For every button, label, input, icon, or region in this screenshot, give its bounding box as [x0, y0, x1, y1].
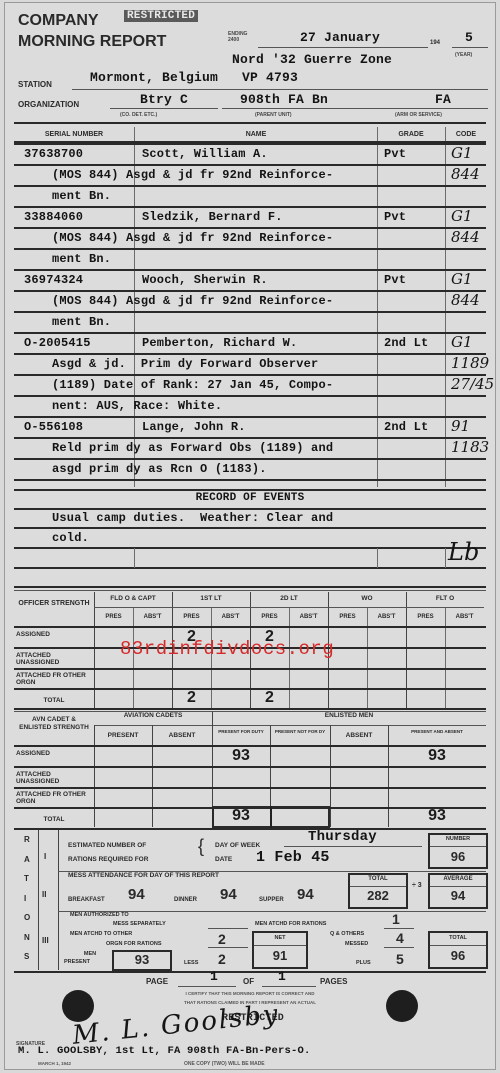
men-present-label-2: PRESENT [64, 959, 90, 965]
certify-line-1: I CERTIFY THAT THIS MORNING REPORT IS CO… [130, 991, 370, 996]
officer-subcol-header: ABS'T [367, 614, 406, 620]
enlisted-row-label: TOTAL [16, 816, 92, 823]
breakfast-value: 94 [128, 886, 145, 903]
supper-value: 94 [297, 886, 314, 903]
atchd-other-label-2: ORGN FOR RATIONS [106, 941, 162, 947]
officer-cell: 2 [172, 689, 211, 707]
officer-strength-title: OFFICER STRENGTH [16, 600, 92, 608]
mess-average-label: AVERAGE [428, 876, 488, 882]
net-label: NET [252, 935, 308, 941]
dinner-value: 94 [220, 886, 237, 903]
supper-label: SUPPER [259, 897, 284, 903]
enlisted-col-header: ABSENT [330, 733, 388, 739]
officer-group-header: FLD O & CAPT [94, 595, 172, 602]
entry-text: Lange, John R. [142, 420, 246, 434]
section-2-roman: II [42, 890, 46, 899]
entry-text: (MOS 844) Asgd & jd fr 92nd Reinforce- [52, 294, 333, 308]
form-title-line2: MORNING REPORT [18, 33, 166, 51]
binder-hole-left [62, 990, 94, 1022]
code: G1 [451, 333, 473, 351]
code: 844 [451, 165, 480, 183]
entry-text: (MOS 844) Asgd & jd fr 92nd Reinforce- [52, 168, 333, 182]
events-line-1: Usual camp duties. Weather: Clear and [52, 511, 333, 525]
enlisted-col-header: PRESENT NOT FOR DY [270, 729, 330, 735]
record-of-events-heading: RECORD OF EVENTS [14, 492, 486, 504]
officer-group-header: FLT O [406, 595, 484, 602]
enlisted-strength-title: AVN CADET & ENLISTED STRENGTH [16, 716, 92, 731]
dinner-label: DINNER [174, 897, 197, 903]
grade: 2nd Lt [384, 420, 428, 434]
enlisted-cell: 93 [388, 747, 486, 765]
q-others-label-1: Q & OTHERS [330, 931, 364, 937]
code: 1183 [451, 438, 489, 456]
q-others-label-2: MESSED [345, 941, 368, 947]
men-present-label-1: MEN [70, 951, 110, 957]
rations-letter: A [24, 855, 30, 864]
code: 844 [451, 228, 480, 246]
plus-label: PLUS [356, 960, 371, 966]
officer-subcol-header: PRES [250, 614, 289, 620]
ration-date-label: DATE [215, 856, 232, 863]
officer-row-label: ASSIGNED [16, 631, 92, 638]
enlisted-men-header: ENLISTED MEN [212, 712, 486, 719]
enlisted-col-header: ABSENT [152, 733, 212, 739]
ration-est-label-2: RATIONS REQUIRED FOR [68, 856, 148, 863]
code: 27/45 [451, 375, 494, 393]
form-date-caption: MARCH 1, 1942 [38, 1061, 71, 1066]
org-company: Btry C [140, 92, 188, 107]
rations-letter: N [24, 933, 30, 942]
ration-number-label: NUMBER [428, 836, 488, 842]
brace-icon: { [198, 836, 204, 857]
entry-text: Reld prim dy as Forward Obs (1189) and [52, 441, 333, 455]
col-header-serial: SERIAL NUMBER [14, 131, 134, 138]
mess-sep-label-1: MEN AUTHORIZED TO [70, 912, 129, 918]
page-label: PAGE [146, 977, 168, 986]
mess-attendance-label: MESS ATTENDANCE FOR DAY OF THIS REPORT [68, 872, 219, 879]
rations-letter: S [24, 952, 29, 961]
grade: 2nd Lt [384, 336, 428, 350]
atchd-for-rations-label: MEN ATCHD FOR RATIONS [255, 921, 326, 927]
org-caption-company: (CO. DET. ETC.) [120, 112, 157, 118]
rations-letter: T [24, 874, 29, 883]
ration-number-value: 96 [428, 849, 488, 864]
serial-number: O-556108 [24, 420, 83, 434]
mess-sep-label-2: MESS SEPARATELY [113, 921, 166, 927]
divide-by-three: ÷ 3 [412, 882, 422, 890]
rations-letter: R [24, 835, 30, 844]
code: G1 [451, 270, 473, 288]
entry-text: Sledzik, Bernard F. [142, 210, 283, 224]
enlisted-col-header: PRESENT AND ABSENT [388, 729, 486, 735]
enlisted-col-header: PRESENT [94, 733, 152, 739]
officer-row-label: ATTACHED FR OTHER ORGN [16, 672, 92, 686]
section-1-roman: I [44, 852, 46, 861]
grade: Pvt [384, 273, 406, 287]
officer-subcol-header: ABS'T [445, 614, 484, 620]
entry-text: asgd prim dy as Rcn O (1183). [52, 462, 267, 476]
rations-letter: I [24, 894, 26, 903]
code: 91 [451, 417, 470, 435]
day-of-week-value: Thursday [308, 829, 377, 845]
station-value: Mormont, Belgium VP 4793 [90, 70, 298, 85]
aviation-cadets-header: AVIATION CADETS [94, 712, 212, 719]
year-caption: (YEAR) [455, 52, 472, 58]
enlisted-cell: 93 [388, 807, 486, 825]
grade: Pvt [384, 147, 406, 161]
officer-subcol-header: ABS'T [211, 614, 250, 620]
mess-total-value: 282 [348, 888, 408, 903]
entry-text: Wooch, Sherwin R. [142, 273, 268, 287]
entry-text: Pemberton, Richard W. [142, 336, 297, 350]
ending-label: ENDING 2400 [228, 31, 250, 43]
org-caption-parent: (PARENT UNIT) [255, 112, 292, 118]
serial-number: 37638700 [24, 147, 83, 161]
officer-subcol-header: ABS'T [289, 614, 328, 620]
watermark: 83rdinfdivdocs.org [120, 638, 334, 660]
entry-text: (MOS 844) Asgd & jd fr 92nd Reinforce- [52, 231, 333, 245]
enlisted-row-label: ATTACHED FR OTHER ORGN [16, 791, 92, 805]
page-value: 1 [210, 969, 218, 984]
net-value: 91 [252, 948, 308, 963]
station-label: STATION [18, 80, 52, 89]
men-present-value: 93 [112, 952, 172, 967]
events-initials: Lb [448, 538, 479, 566]
form-title-line1: COMPANY [18, 12, 99, 30]
serial-number: 33884060 [24, 210, 83, 224]
mess-average-value: 94 [428, 888, 488, 903]
ration-total-label: TOTAL [428, 935, 488, 941]
col-header-code: CODE [446, 131, 486, 138]
officer-group-header: WO [328, 595, 406, 602]
org-caption-arm: (ARM OR SERVICE) [395, 112, 442, 118]
officer-cell: 2 [250, 689, 289, 707]
officer-row-label: TOTAL [16, 697, 92, 704]
report-year: 5 [465, 30, 473, 45]
officer-subcol-header: PRES [172, 614, 211, 620]
q-others-value: 4 [396, 930, 404, 946]
org-parent-unit: 908th FA Bn [240, 92, 328, 107]
less-value: 2 [218, 951, 226, 967]
plus-value: 5 [396, 951, 404, 967]
rations-letter: O [24, 913, 30, 922]
officer-subcol-header: PRES [328, 614, 367, 620]
copy-caption: ONE COPY (TWO) WILL BE MADE [184, 1061, 265, 1067]
enlisted-row-label: ASSIGNED [16, 750, 92, 757]
officer-row-label: ATTACHED UNASSIGNED [16, 652, 92, 666]
mess-total-label: TOTAL [348, 876, 408, 882]
report-date: 27 January [300, 30, 380, 45]
events-line-2: cold. [52, 531, 89, 545]
entry-text: ment Bn. [52, 189, 111, 203]
atchd-other-value: 2 [218, 931, 226, 947]
breakfast-label: BREAKFAST [68, 897, 105, 903]
atchd-other-label-1: MEN ATCHD TO OTHER [70, 931, 132, 937]
day-of-week-label: DAY OF WEEK [215, 842, 260, 849]
atchd-for-rations-value: 1 [392, 911, 400, 927]
ration-date-value: 1 Feb 45 [256, 849, 330, 866]
code: G1 [451, 207, 473, 225]
of-label: OF [243, 977, 254, 986]
entry-text: ment Bn. [52, 252, 111, 266]
organization-label: ORGANIZATION [18, 100, 79, 109]
pages-label: PAGES [320, 977, 347, 986]
serial-number: O-2005415 [24, 336, 91, 350]
officer-group-header: 2D LT [250, 595, 328, 602]
entry-text: (1189) Date of Rank: 27 Jan 45, Compo- [52, 378, 333, 392]
binder-hole-right [386, 990, 418, 1022]
ration-est-label-1: ESTIMATED NUMBER OF [68, 842, 146, 849]
year-prefix: 194 [430, 40, 440, 46]
officer-subcol-header: ABS'T [133, 614, 172, 620]
total-pages-value: 1 [278, 969, 286, 984]
code: 1189 [451, 354, 489, 372]
col-header-grade: GRADE [378, 131, 444, 138]
code: 844 [451, 291, 480, 309]
restricted-stamp: RESTRICTED [124, 10, 198, 22]
entry-text: Asgd & jd. Prim dy Forward Observer [52, 357, 318, 371]
code: G1 [451, 144, 473, 162]
grade: Pvt [384, 210, 406, 224]
officer-subcol-header: PRES [406, 614, 445, 620]
ration-total-value: 96 [428, 948, 488, 963]
signer-block: M. L. GOOLSBY, 1st Lt, FA 908th FA-Bn-Pe… [18, 1045, 311, 1057]
enlisted-cell: 93 [212, 747, 270, 765]
officer-subcol-header: PRES [94, 614, 133, 620]
entry-text: nent: AUS, Race: White. [52, 399, 222, 413]
serial-number: 36974324 [24, 273, 83, 287]
col-header-name: NAME [135, 131, 377, 138]
org-arm-service: FA [435, 92, 451, 107]
entry-text: Scott, William A. [142, 147, 268, 161]
officer-group-header: 1ST LT [172, 595, 250, 602]
zone-line: Nord '32 Guerre Zone [232, 52, 392, 67]
entry-text: ment Bn. [52, 315, 111, 329]
section-3-roman: III [42, 936, 49, 945]
enlisted-col-header: PRESENT FOR DUTY [212, 729, 270, 735]
enlisted-row-label: ATTACHED UNASSIGNED [16, 771, 92, 785]
less-label: LESS [184, 960, 198, 966]
